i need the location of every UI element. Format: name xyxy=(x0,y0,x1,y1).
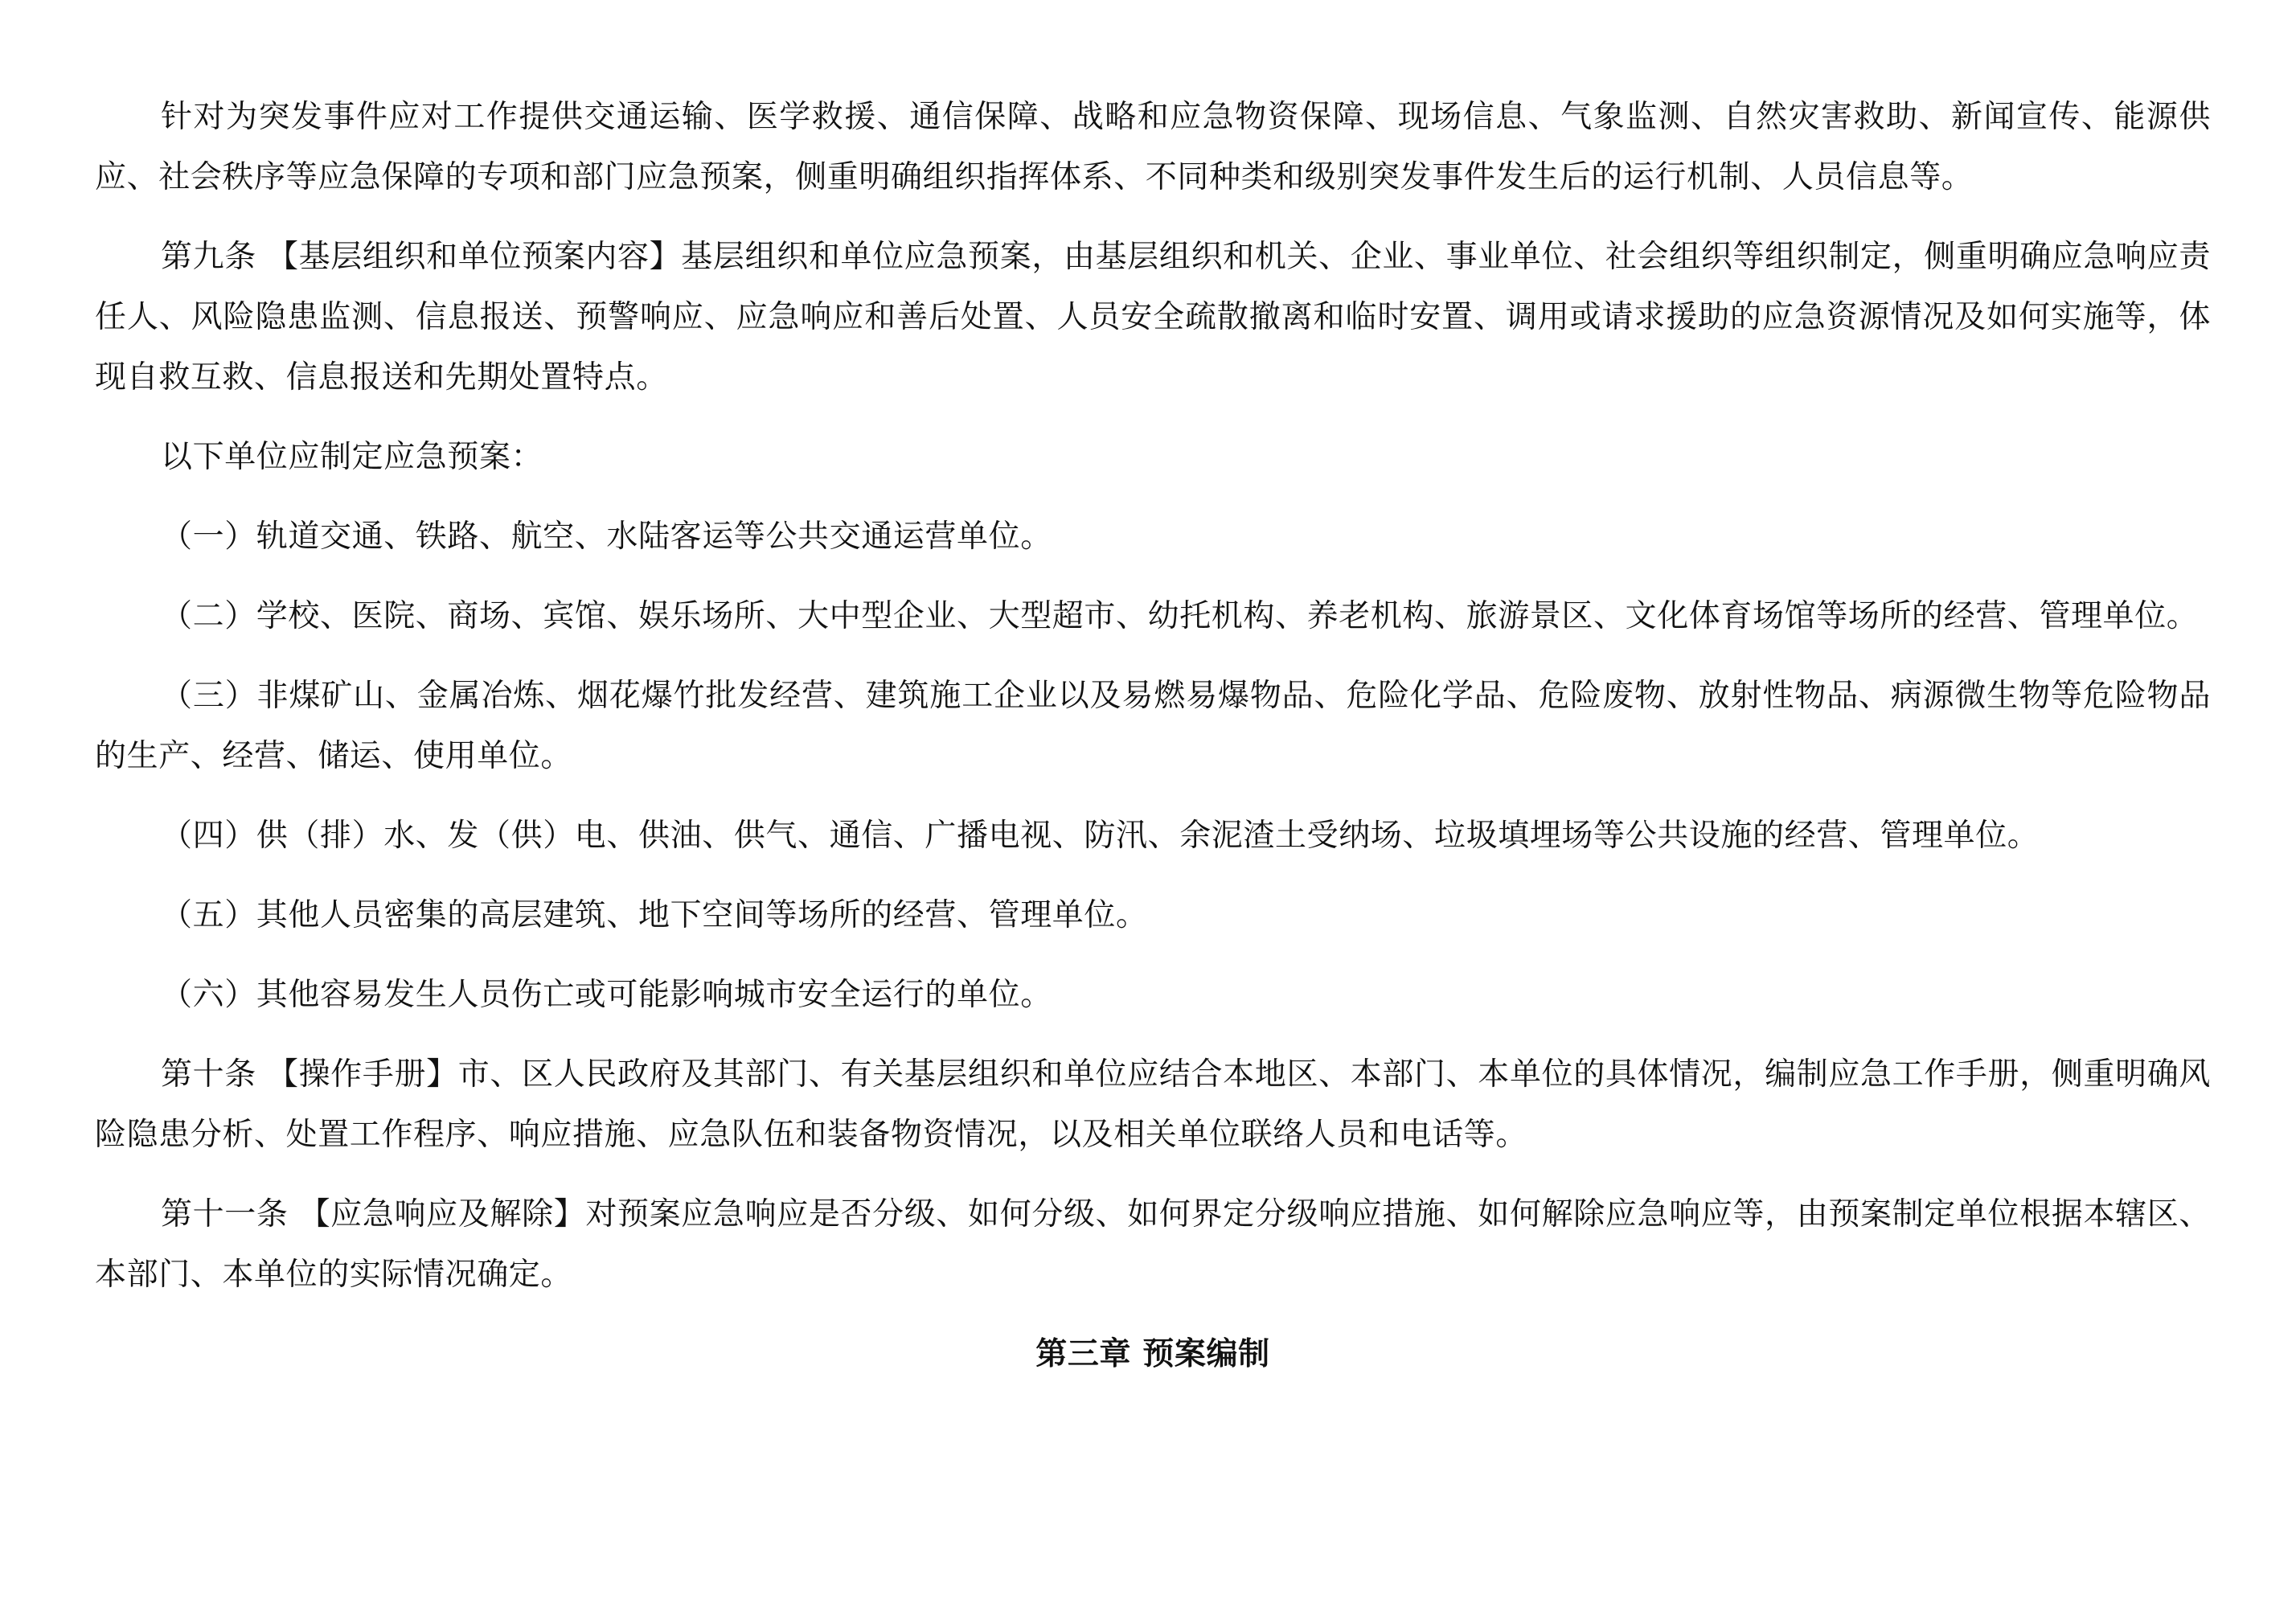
list-item-5: （五）其他人员密集的高层建筑、地下空间等场所的经营、管理单位。 xyxy=(95,885,2211,945)
list-item-2: （二）学校、医院、商场、宾馆、娱乐场所、大中型企业、大型超市、幼托机构、养老机构… xyxy=(95,586,2211,646)
paragraph-support-plans: 针对为突发事件应对工作提供交通运输、医学救援、通信保障、战略和应急物资保障、现场… xyxy=(95,87,2211,207)
paragraph-article-10: 第十条 【操作手册】市、区人民政府及其部门、有关基层组织和单位应结合本地区、本部… xyxy=(95,1044,2211,1165)
paragraph-article-9: 第九条 【基层组织和单位预案内容】基层组织和单位应急预案，由基层组织和机关、企业… xyxy=(95,227,2211,408)
chapter-title: 第三章 预案编制 xyxy=(95,1324,2211,1384)
document-page: 针对为突发事件应对工作提供交通运输、医学救援、通信保障、战略和应急物资保障、现场… xyxy=(0,0,2296,1384)
paragraph-units-intro: 以下单位应制定应急预案： xyxy=(95,427,2211,487)
paragraph-article-11: 第十一条 【应急响应及解除】对预案应急响应是否分级、如何分级、如何界定分级响应措… xyxy=(95,1184,2211,1305)
list-item-6: （六）其他容易发生人员伤亡或可能影响城市安全运行的单位。 xyxy=(95,965,2211,1025)
list-item-3: （三）非煤矿山、金属冶炼、烟花爆竹批发经营、建筑施工企业以及易燃易爆物品、危险化… xyxy=(95,666,2211,786)
list-item-4: （四）供（排）水、发（供）电、供油、供气、通信、广播电视、防汛、余泥渣土受纳场、… xyxy=(95,806,2211,866)
list-item-1: （一）轨道交通、铁路、航空、水陆客运等公共交通运营单位。 xyxy=(95,506,2211,567)
